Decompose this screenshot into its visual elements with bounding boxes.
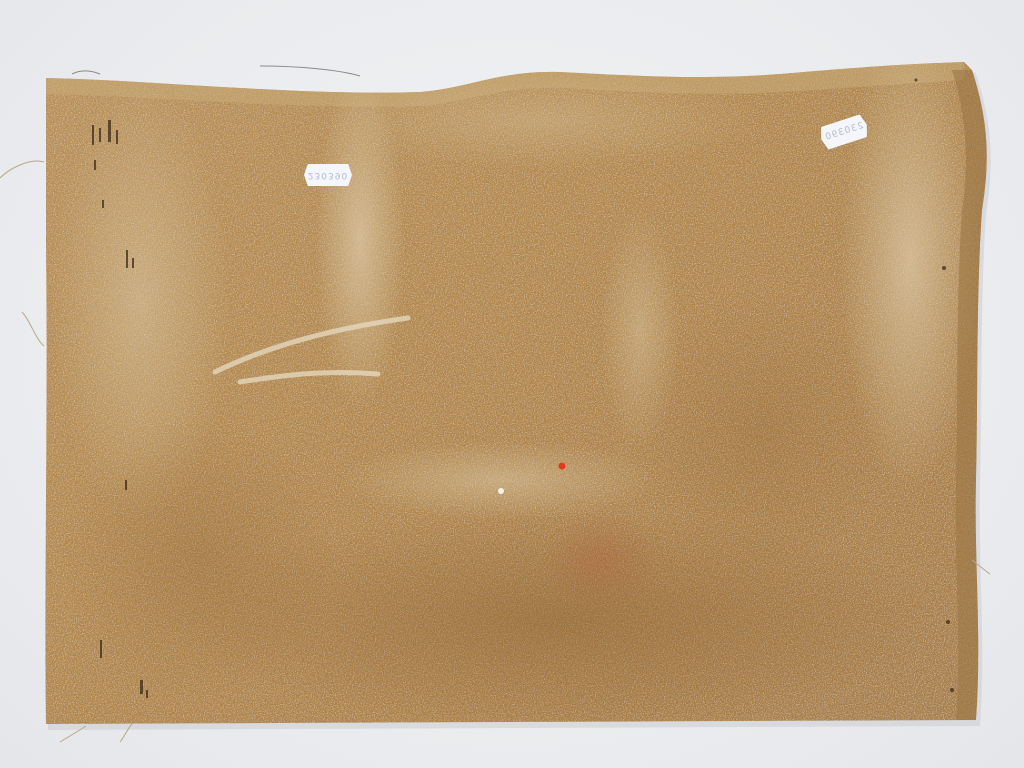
label-number: 230390 <box>308 170 348 180</box>
photo-scene: 230390 230390 <box>0 0 1024 768</box>
white-dot <box>498 488 504 494</box>
label-number: 230390 <box>823 121 864 143</box>
red-dot <box>559 463 566 470</box>
canvas-fabric <box>0 0 1024 768</box>
inventory-label-left: 230390 <box>304 164 352 186</box>
